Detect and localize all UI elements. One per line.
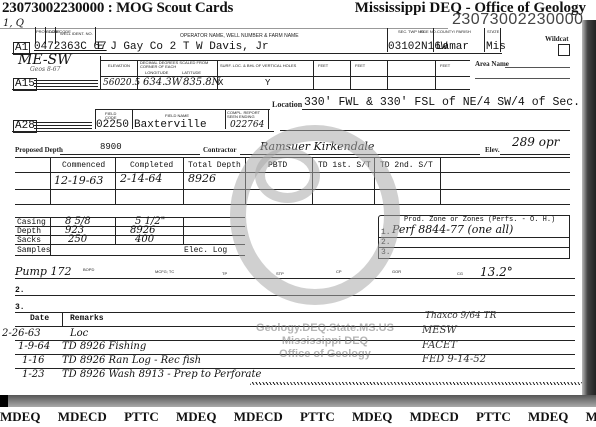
samples-label: Samples (17, 246, 51, 255)
field-name-label: FIELD NAME (165, 114, 189, 118)
remark-date-1: 2-26-63 (2, 328, 41, 339)
feet-label-3: FEET (440, 64, 450, 68)
remark-text-4: TD 8926 Wash 8913 - Prep to Perforate (62, 369, 261, 380)
longitude-label: LONGITUDE (145, 71, 168, 75)
bopd-label: BOPD (83, 268, 94, 272)
footer-item: PTTC (124, 409, 159, 424)
county-label: COUNTY/ PARISH (437, 30, 471, 34)
gravity-value: 13.2° (480, 265, 513, 279)
scan-edge-bottom (0, 395, 596, 407)
x-mark: X (218, 78, 223, 88)
watermark-line-2: Mississippi DEQ (215, 335, 435, 347)
sacks-value-1: 250 (68, 234, 87, 245)
footer-item: MDECD (58, 409, 107, 424)
elec-log-label: Elec. Log (184, 246, 227, 255)
tp-label: TP (222, 272, 227, 276)
elev-label: Elev. (485, 146, 500, 154)
decimal-degrees-label: DECIMAL DEGREES SCALED FROM CORNER OF EA… (140, 61, 215, 69)
total-depth-value: 8926 (188, 172, 216, 185)
feet-label-2: FEET (355, 64, 365, 68)
elevation-label: ELEVATION (108, 64, 130, 68)
remark-text-1: Loc (70, 328, 88, 339)
handwritten-note-sub: Geos 8-67 (30, 66, 60, 73)
stamp-number: 23073002230000 (452, 11, 584, 29)
watermark-logo-ring (230, 125, 400, 305)
gor-label: GOR (392, 270, 401, 274)
remark-date-3: 1-16 (22, 355, 44, 366)
latitude-label: LATITUDE (182, 71, 201, 75)
prod-zone-value-1: Perf 8844-77 (one all) (392, 223, 513, 236)
watermark-line-3: Office of Geology (215, 348, 435, 360)
footer-item: MDECD (586, 409, 596, 424)
remark-date-4: 1-23 (22, 369, 44, 380)
state-label: STATE (487, 30, 499, 34)
ip-test-num-2: 2. (15, 286, 25, 295)
footer-item: PTTC (476, 409, 511, 424)
footer-item: MDEQ (528, 409, 568, 424)
operator-label: OPERATOR NAME, WELL NUMBER & FARM NAME (180, 33, 299, 39)
y-mark: Y (265, 78, 270, 88)
elevation-value: 56020.5 (103, 78, 140, 88)
scout-card: 1, Q PROV CODE STATE CODE WELL IDENT. NO… (0, 20, 582, 395)
watermark-line-1: Geology.DEQ.State.MS.US (215, 322, 435, 334)
footer-item: MDEQ (176, 409, 216, 424)
compl-report-value: 022764 (230, 120, 264, 130)
longitude-value: 634.3W (143, 77, 182, 88)
wildcat-label: Wildcat (545, 35, 569, 43)
footer-item: MDECD (234, 409, 283, 424)
commenced-value: 12-19-63 (54, 174, 103, 187)
proposed-depth-label: Proposed Depth (15, 146, 63, 154)
mcfg-tc-label: MCFG; TC (155, 270, 174, 274)
feet-label-1: FEET (318, 64, 328, 68)
remark-text-2: TD 8926 Fishing (62, 341, 146, 352)
latitude-value: 835.8N (183, 77, 220, 88)
depth-label: Depth (17, 227, 41, 236)
ip-test-num-3: 3. (15, 303, 25, 312)
area-name-label: Area Name (475, 60, 509, 68)
footer-item: MDECD (410, 409, 459, 424)
ip-test-1: Pump 172 (15, 265, 71, 278)
rge-label: RGE NO. (420, 30, 437, 34)
compl-report-label: COMPL. REPORT SEEN ENDING (227, 111, 267, 119)
field-code-value: 02250 (96, 120, 129, 131)
completed-header: Completed (130, 161, 173, 170)
casing-label: Casing (17, 218, 46, 227)
commenced-header: Commenced (62, 161, 105, 170)
state-value: Mis (486, 42, 506, 53)
wildcat-checkbox[interactable] (558, 44, 570, 56)
remark-text-3: TD 8926 Ran Log - Rec fish (62, 355, 201, 366)
completed-value: 2-14-64 (120, 172, 162, 185)
location-label: Location (272, 100, 302, 109)
elev-value: 289 opr (512, 135, 559, 149)
sacks-value-2: 400 (135, 234, 154, 245)
contractor-label: Contractor (203, 146, 236, 154)
county-value: Lamar (436, 42, 469, 53)
operator-well-farm: E J Gay Co 2 T W Davis, Jr (97, 42, 269, 53)
footer-bar: MDEQ MDECD PTTC MDEQ MDECD PTTC MDEQ MDE… (0, 409, 596, 427)
sacks-label: Sacks (17, 236, 41, 245)
proposed-depth-value: 8900 (100, 142, 122, 152)
surf-loc-label: SURF. LOC. & BHL OF VERTICAL HOLES (220, 64, 296, 68)
remarks-date-header: Date (30, 314, 49, 323)
footer-item: PTTC (300, 409, 335, 424)
footer-item: MDEQ (0, 409, 40, 424)
remark-date-2: 1-9-64 (18, 341, 50, 352)
cg-label: CG (457, 272, 463, 276)
remark-right-1: Thaxco 9/64 TR (425, 311, 496, 321)
location-value: 330' FWL & 330' FSL of NE/4 SW/4 of Sec. (304, 96, 580, 109)
well-ident-label: WELL IDENT. NO. (60, 32, 93, 36)
remarks-header: Remarks (70, 314, 104, 323)
sec-label: SEC. (398, 30, 407, 34)
total-depth-header: Total Depth (188, 161, 241, 170)
watermark-logo-inner (255, 148, 320, 203)
scan-edge-right (582, 20, 596, 400)
field-name-value: Baxterville (134, 120, 207, 131)
document-title: 23073002230000 : MOG Scout Cards (2, 0, 233, 17)
footer-item: MDEQ (352, 409, 392, 424)
